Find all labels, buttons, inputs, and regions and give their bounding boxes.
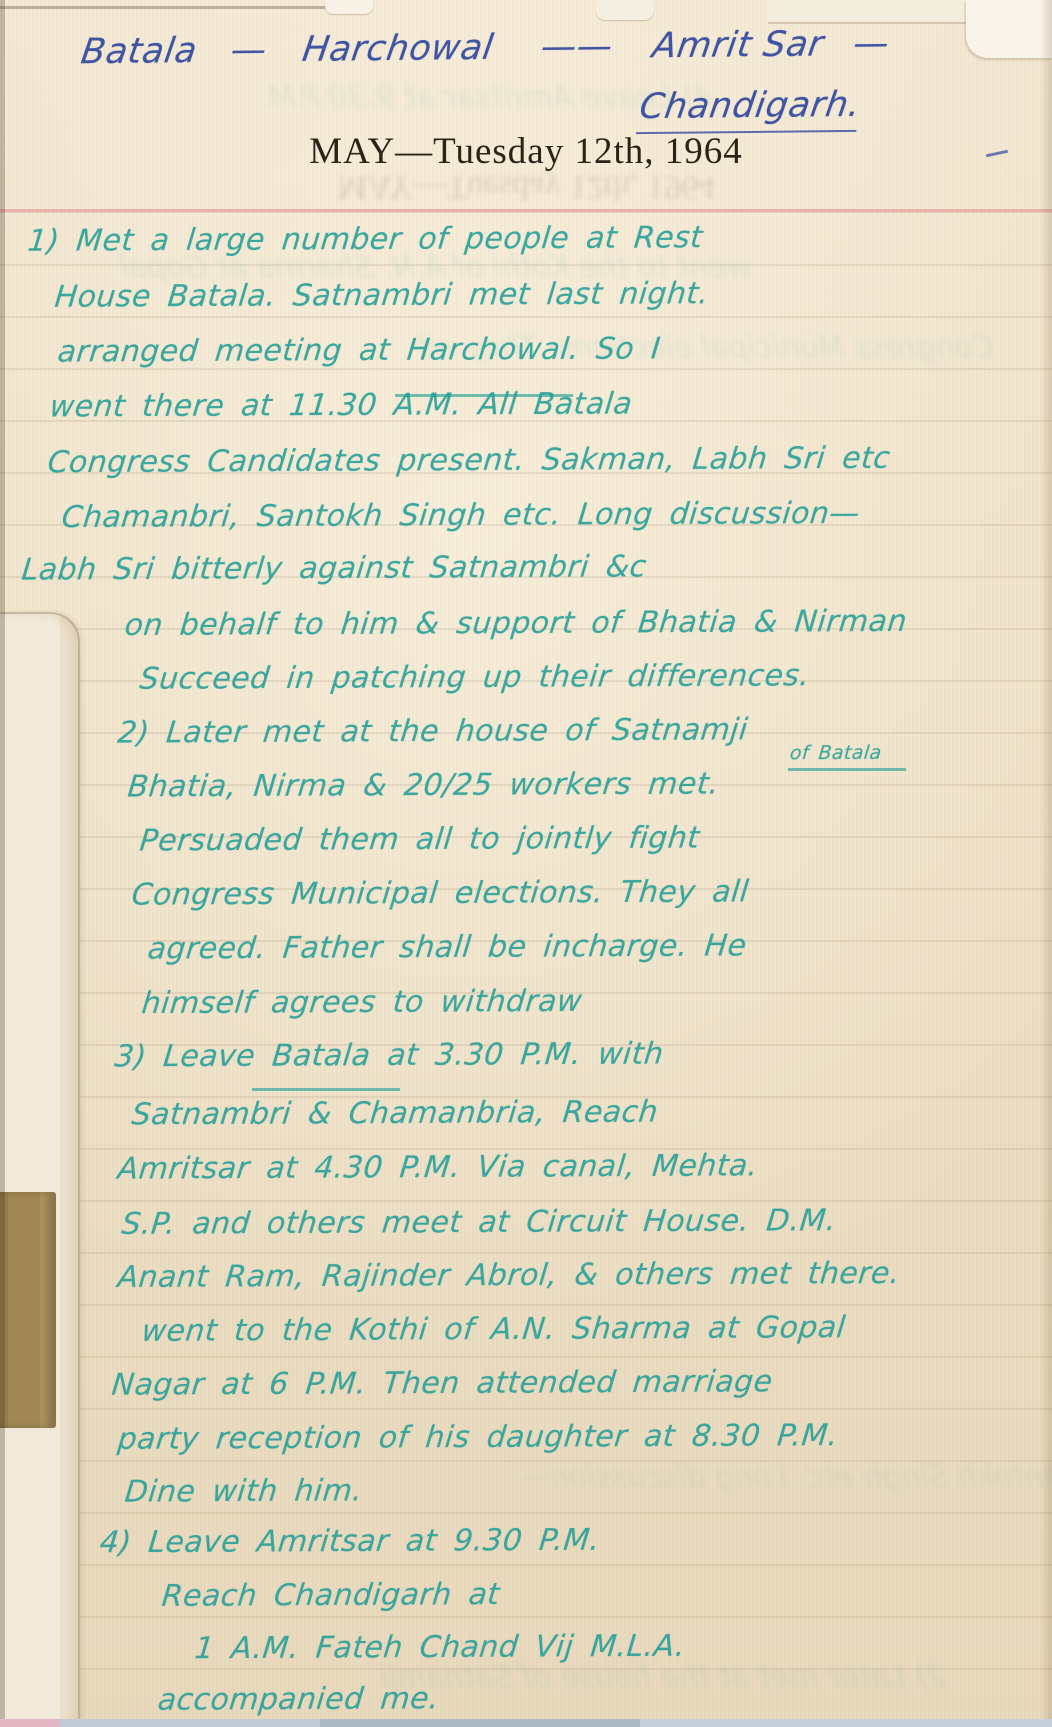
brown-stain — [0, 1192, 56, 1428]
diary-line: Dine with him. — [123, 1473, 364, 1509]
torn-paper-fragment — [325, 0, 373, 14]
diary-line: Persuaded them all to jointly fight — [138, 821, 701, 859]
underline-batala — [252, 1088, 400, 1091]
route-place-amritsar: Amrit Sar — [650, 24, 827, 66]
diary-line: House Batala. Satnambri met last night. — [53, 276, 710, 314]
diary-line: 3) Leave Batala at 3.30 P.M. with — [113, 1037, 665, 1075]
diary-line: Reach Chandigarh at — [160, 1577, 501, 1614]
diary-line: arranged meeting at Harchowal. So I — [56, 331, 662, 369]
underlying-page-corner — [0, 612, 80, 1727]
ghost-bleed-text: 2) Later met at the house of Satnamji — [378, 1660, 948, 1695]
page-top-edge — [0, 6, 335, 9]
route-dash: — — [228, 30, 270, 70]
diary-line: Amritsar at 4.30 P.M. Via canal, Mehta. — [116, 1148, 759, 1186]
route-place-batala: Batala — [78, 31, 200, 72]
route-header-line1: Batala—Harchowal——Amrit Sar— — [78, 24, 892, 72]
insertion-underline — [788, 768, 906, 771]
diary-line: Anant Ram, Rajinder Abrol, & others met … — [116, 1256, 902, 1295]
diary-line: S.P. and others meet at Circuit House. D… — [120, 1203, 838, 1242]
diary-insertion: of Batala — [789, 742, 883, 764]
diary-line: agreed. Father shall be incharge. He — [146, 928, 748, 966]
diary-line: Chamanbri, Santokh Singh etc. Long discu… — [60, 496, 861, 535]
ghost-date-bleed: MAY—Tuesday 12th, 1964 — [0, 168, 1052, 206]
diary-line: party reception of his daughter at 8.30 … — [116, 1418, 840, 1457]
diary-line: Nagar at 6 P.M. Then attended marriage — [110, 1364, 774, 1402]
diary-line: Bhatia, Nirma & 20/25 workers met. — [126, 766, 721, 804]
diary-line: accompanied me. — [156, 1681, 441, 1717]
diary-line: 4) Leave Amritsar at 9.30 P.M. — [98, 1523, 601, 1561]
diary-line: Congress Municipal elections. They all — [130, 874, 750, 912]
route-dash: — — [851, 24, 893, 64]
diary-line: Labh Sri bitterly against Satnambri &c — [20, 549, 648, 587]
diary-line: himself agrees to withdraw — [140, 984, 584, 1021]
ghost-bleed-text: Chamanbri, Santokh Singh etc. Long discu… — [518, 1460, 1052, 1495]
printed-date-heading: MAY—Tuesday 12th, 1964 — [0, 130, 1052, 173]
route-dash: —— — [538, 27, 615, 68]
diary-line: 2) Later met at the house of Satnamji — [116, 712, 750, 750]
diary-line: on behalf to him & support of Bhatia & N… — [123, 604, 909, 643]
diary-line: Satnambri & Chamanbria, Reach — [130, 1095, 660, 1133]
route-place-harchowal: Harchowal — [300, 28, 496, 70]
diary-line: 1 A.M. Fateh Chand Vij M.L.A. — [193, 1629, 687, 1667]
diary-line: Succeed in patching up their differences… — [138, 658, 811, 697]
diary-line: 1) Met a large number of people at Rest — [26, 220, 704, 259]
page-bottom-edge — [0, 1719, 1052, 1727]
route-header-line2: Chandigarh. — [637, 85, 863, 127]
page-right-edge — [1040, 0, 1052, 1727]
torn-paper-fragment — [596, 0, 654, 20]
route-place-chandigarh: Chandigarh. — [636, 85, 863, 134]
paper-texture — [0, 0, 1052, 1727]
diary-line: went there at 11.30 A.M. All Batala — [48, 386, 634, 424]
diary-line: Congress Candidates present. Sakman, Lab… — [46, 441, 892, 480]
underline-harchowal — [395, 394, 573, 397]
diary-line: went to the Kothi of A.N. Sharma at Gopa… — [140, 1310, 847, 1349]
diary-page: went to the Kothi of A.N. Sharma at Gopa… — [0, 0, 1052, 1727]
printed-red-rule — [0, 209, 1052, 212]
page-left-edge — [0, 0, 5, 1727]
